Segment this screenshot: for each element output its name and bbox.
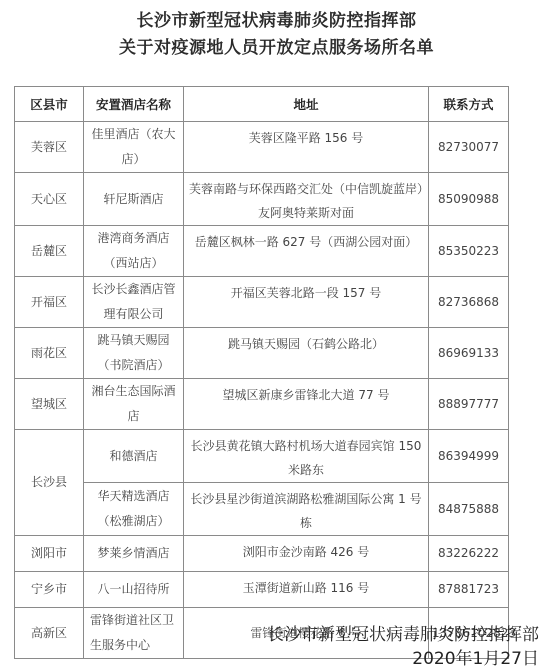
cell-hotel: 和德酒店 [84,430,184,483]
cell-phone: 85090988 [429,173,509,226]
table-row: 雨花区 跳马镇天赐园（书院酒店） 跳马镇天赐园（石鹤公路北） 86969133 [15,328,509,379]
cell-phone: 82736868 [429,277,509,328]
cell-phone: 88897777 [429,379,509,430]
table-row: 望城区 湘台生态国际酒店 望城区新康乡雷锋北大道 77 号 88897777 [15,379,509,430]
table-row: 天心区 轩尼斯酒店 芙蓉南路与环保西路交汇处（中信凯旋蓝岸）友阿奥特莱斯对面 8… [15,173,509,226]
hotel-list-table: 区县市 安置酒店名称 地址 联系方式 芙蓉区 佳里酒店（农大店） 芙蓉区隆平路 … [14,86,509,659]
cell-phone: 85350223 [429,226,509,277]
cell-district: 开福区 [15,277,84,328]
cell-hotel: 雷锋街道社区卫生服务中心 [84,608,184,659]
cell-district: 宁乡市 [15,572,84,608]
header-district: 区县市 [15,87,84,122]
cell-hotel: 港湾商务酒店（西站店） [84,226,184,277]
cell-hotel: 八一山招待所 [84,572,184,608]
cell-district: 望城区 [15,379,84,430]
cell-address: 岳麓区枫林一路 627 号（西湖公园对面） [184,226,429,277]
cell-hotel: 华天精选酒店（松雅湖店） [84,483,184,536]
cell-hotel: 长沙长鑫酒店管理有限公司 [84,277,184,328]
cell-phone: 83226222 [429,536,509,572]
cell-address: 芙蓉南路与环保西路交汇处（中信凯旋蓝岸）友阿奥特莱斯对面 [184,173,429,226]
cell-district: 芙蓉区 [15,122,84,173]
cell-district: 岳麓区 [15,226,84,277]
document-title-line-1: 长沙市新型冠状病毒肺炎防控指挥部 [0,6,553,31]
cell-address: 望城区新康乡雷锋北大道 77 号 [184,379,429,430]
table-row: 长沙县 和德酒店 长沙县黄花镇大路村机场大道春园宾馆 150 米路东 86394… [15,430,509,483]
cell-phone: 84875888 [429,483,509,536]
cell-hotel: 梦莱乡情酒店 [84,536,184,572]
cell-address: 芙蓉区隆平路 156 号 [184,122,429,173]
header-address: 地址 [184,87,429,122]
cell-hotel: 跳马镇天赐园（书院酒店） [84,328,184,379]
cell-district: 高新区 [15,608,84,659]
cell-phone: 87881723 [429,572,509,608]
document-title-line-2: 关于对疫源地人员开放定点服务场所名单 [0,33,553,58]
cell-district: 长沙县 [15,430,84,536]
table-row: 芙蓉区 佳里酒店（农大店） 芙蓉区隆平路 156 号 82730077 [15,122,509,173]
cell-hotel: 轩尼斯酒店 [84,173,184,226]
table-row: 开福区 长沙长鑫酒店管理有限公司 开福区芙蓉北路一段 157 号 8273686… [15,277,509,328]
cell-hotel: 湘台生态国际酒店 [84,379,184,430]
header-phone: 联系方式 [429,87,509,122]
cell-address: 玉潭街道新山路 116 号 [184,572,429,608]
cell-district: 浏阳市 [15,536,84,572]
issue-date: 2020年1月27日 [412,644,539,666]
cell-phone: 86394999 [429,430,509,483]
cell-address: 长沙县黄花镇大路村机场大道春园宾馆 150 米路东 [184,430,429,483]
table-header-row: 区县市 安置酒店名称 地址 联系方式 [15,87,509,122]
header-hotel: 安置酒店名称 [84,87,184,122]
cell-hotel: 佳里酒店（农大店） [84,122,184,173]
table-row: 宁乡市 八一山招待所 玉潭街道新山路 116 号 87881723 [15,572,509,608]
cell-phone: 86969133 [429,328,509,379]
cell-address: 跳马镇天赐园（石鹤公路北） [184,328,429,379]
cell-address: 浏阳市金沙南路 426 号 [184,536,429,572]
issuer-signature: 长沙市新型冠状病毒肺炎防控指挥部 [267,620,539,645]
table-row: 岳麓区 港湾商务酒店（西站店） 岳麓区枫林一路 627 号（西湖公园对面） 85… [15,226,509,277]
cell-district: 天心区 [15,173,84,226]
cell-district: 雨花区 [15,328,84,379]
cell-address: 开福区芙蓉北路一段 157 号 [184,277,429,328]
table-row: 华天精选酒店（松雅湖店） 长沙县星沙街道滨湖路松雅湖国际公寓 1 号栋 8487… [15,483,509,536]
table-row: 浏阳市 梦莱乡情酒店 浏阳市金沙南路 426 号 83226222 [15,536,509,572]
cell-address: 长沙县星沙街道滨湖路松雅湖国际公寓 1 号栋 [184,483,429,536]
cell-phone: 82730077 [429,122,509,173]
